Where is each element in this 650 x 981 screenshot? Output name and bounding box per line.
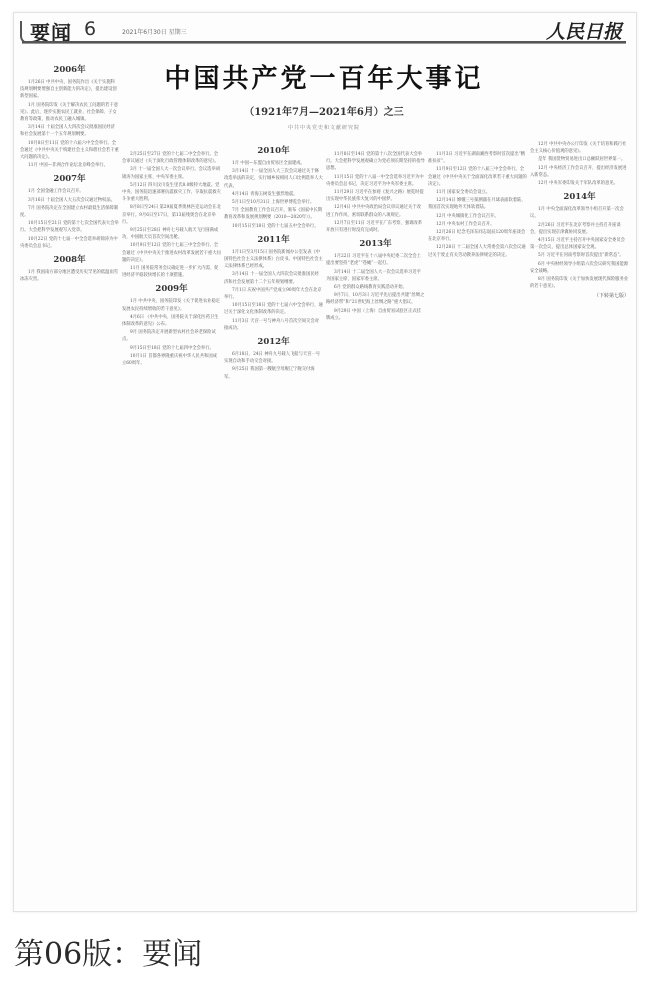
year-heading: 2008年 <box>20 255 119 265</box>
continued-note: （下转第七版） <box>530 293 629 300</box>
event-paragraph: 9月25日 我国第一艘航空母舰辽宁舰交付海军。 <box>224 366 323 380</box>
article-byline: 中共中央党史和文献研究院 <box>144 124 504 131</box>
event-paragraph: 12月 中央农村工作会议召开。 <box>428 221 527 228</box>
year-heading: 2012年 <box>224 337 323 347</box>
issue-date: 2021年6月30日 星期三 <box>122 27 187 36</box>
event-paragraph: 2月26日 习近平在北京考察并主持召开座谈会，提出实现京津冀协同发展。 <box>530 222 629 236</box>
year-heading: 2006年 <box>20 65 119 75</box>
text-column-4: 11月8日至14日 党的第十八次全国代表大会举行。大会把科学发展观确立为党必须长… <box>326 151 425 323</box>
event-paragraph: 4月14日 青海玉树发生强烈地震。 <box>224 191 323 198</box>
newspaper-page: 要闻 6 2021年6月30日 星期三 人民日报 中国共产党一百年大事记 （19… <box>13 12 637 912</box>
event-paragraph: 6月 中央财经领导小组第六次会议研究我国能源安全战略。 <box>530 261 629 275</box>
page-number: 6 <box>84 18 96 40</box>
event-paragraph: 4月15日 习近平主持召开中央国家安全委员会第一次会议，提出总体国家安全观。 <box>530 237 629 251</box>
year-heading: 2010年 <box>224 146 323 156</box>
event-paragraph: 5月 习近平在河南考察时首次提出“新常态”。 <box>530 252 629 259</box>
event-paragraph: 11月9日至12日 党的十八届三中全会举行。全会通过《中共中央关于全面深化改革若… <box>428 166 527 188</box>
event-paragraph: 10月9日至12日 党的十七届三中全会举行。全会通过《中共中央关于推进农村改革发… <box>122 242 221 264</box>
year-heading: 2014年 <box>530 192 629 202</box>
event-paragraph: 12月 中央城镇化工作会议召开。 <box>428 213 527 220</box>
event-paragraph: 7月1日 庆祝中国共产党成立90周年大会在北京举行。 <box>224 287 323 301</box>
event-paragraph: 2月25日至27日 党的十七届二中全会举行。全会审议通过《关于深化行政管理体制改… <box>122 151 221 165</box>
event-paragraph: 12月28日 十二届全国人大常委会第六次会议通过关于废止有关劳动教养法律规定的决… <box>428 244 527 258</box>
event-paragraph: 10月15日至18日 党的十七届五中全会举行。 <box>224 223 323 230</box>
event-paragraph: 12月 中央军委印发关于军队改革的意见。 <box>530 180 629 187</box>
event-paragraph: 11月3日 天宫一号与神舟八号首次空间交会对接成功。 <box>224 318 323 332</box>
event-paragraph: 9月29日 中国（上海）自由贸易试验区正式挂牌成立。 <box>326 308 425 322</box>
event-paragraph: 6月18日、24日 神舟九号载人飞船与天宫一号实现自动和手动交会对接。 <box>224 351 323 365</box>
event-paragraph: 9月 国务院决定开展新型农村社会养老保险试点。 <box>122 329 221 343</box>
event-paragraph: 1月 我国南方部分地区遭受历史罕见的低温雨雪冰冻灾害。 <box>20 269 119 283</box>
text-column-6: 12月 中共中央办公厅印发《关于培育和践行社会主义核心价值观的意见》。是年 我国… <box>530 141 629 301</box>
article-title: 中国共产党一百年大事记 <box>144 63 504 95</box>
year-heading: 2013年 <box>326 239 425 249</box>
event-paragraph: 10月15日至21日 党的第十七次全国代表大会举行。大会把科学发展观写入党章。 <box>20 220 119 234</box>
event-paragraph: 10月22日 党的十七届一中全会选举胡锦涛为中央委员会总书记。 <box>20 236 119 250</box>
event-paragraph: 11月15日 党的十八届一中全会选举习近平为中央委员会总书记，决定习近平为中央军… <box>326 174 425 188</box>
text-column-5: 11月3日 习近平在湖南湘西考察时首次提出“精准扶贫”。11月9日至12日 党的… <box>428 151 527 260</box>
article-title-block: 中国共产党一百年大事记 （1921年7月—2021年6月）之三 中共中央党史和文… <box>144 63 504 131</box>
header-divider <box>22 41 626 44</box>
text-column-3: 2010年1月 中国—东盟自由贸易区全面建成。3月14日 十一届全国人大三次会议… <box>224 141 323 382</box>
event-paragraph: 3月14日 十届全国人大四次会议批准国民经济和社会发展第十一个五年规划纲要。 <box>20 124 119 138</box>
text-column-2: 2月25日至27日 党的十七届二中全会举行。全会审议通过《关于深化行政管理体制改… <box>122 151 221 368</box>
event-paragraph: 3月14日 十一届全国人大四次会议批准国民经济和社会发展第十二个五年规划纲要。 <box>224 271 323 285</box>
event-paragraph: 11月3日 习近平在湖南湘西考察时首次提出“精准扶贫”。 <box>428 151 527 165</box>
masthead-logo: 人民日报 <box>546 17 622 44</box>
event-paragraph: 12月 中共中央办公厅印发《关于培育和践行社会主义核心价值观的意见》。 <box>530 141 629 155</box>
event-paragraph: 12月14日 嫦娥三号探测器在月球表面软着陆，我国首次实现地外天体软着陆。 <box>428 197 527 211</box>
event-paragraph: 3月14日 十一届全国人大三次会议通过关于修改选举法的决定，实行城乡按相同人口比… <box>224 168 323 190</box>
event-paragraph: 3月 十一届全国人大一次会议举行。会议选举胡锦涛为国家主席、中央军委主席。 <box>122 166 221 180</box>
event-paragraph: 10月8日至11日 党的十六届六中全会举行。全会通过《中共中央关于构建社会主义和… <box>20 140 119 162</box>
event-paragraph: 4月6日 《中共中央、国务院关于深化医药卫生体制改革的意见》公布。 <box>122 314 221 328</box>
year-heading: 2007年 <box>20 174 119 184</box>
year-heading: 2011年 <box>224 235 323 245</box>
event-paragraph: 1月1日至3月15日 国务院新闻办公室发表《中国特色社会主义法律体系》白皮书。中… <box>224 249 323 271</box>
event-paragraph: 9月7日、10月3日 习近平先后提出共建“丝绸之路经济带”和“21世纪海上丝绸之… <box>326 292 425 306</box>
event-paragraph: 12月26日 纪念毛泽东同志诞辰120周年座谈会在北京举行。 <box>428 229 527 243</box>
event-paragraph: 11月 国务院常务会议确定进一步扩大内需、促进经济平稳较快增长的十项措施。 <box>122 265 221 279</box>
event-paragraph: 7月 全国教育工作会议召开，颁布《国家中长期教育改革和发展规划纲要（2010—2… <box>224 207 323 221</box>
event-paragraph: 8月 国务院印发《关于加快发展现代保险服务业的若干意见》。 <box>530 276 629 290</box>
event-paragraph: 12月 中央经济工作会议召开，提出经济发展进入新常态。 <box>530 165 629 179</box>
year-heading: 2009年 <box>122 284 221 294</box>
event-paragraph: 11月8日至14日 党的第十八次全国代表大会举行。大会把科学发展观确立为党必须长… <box>326 151 425 173</box>
event-paragraph: 11月 国家安全委员会设立。 <box>428 189 527 196</box>
event-paragraph: 9月25日至28日 神舟七号载人航天飞行圆满成功，中国航天员首次空间出舱。 <box>122 227 221 241</box>
page-caption: 第06版：要闻 <box>14 929 202 973</box>
event-paragraph: 1月 中国—东盟自由贸易区全面建成。 <box>224 160 323 167</box>
event-paragraph: 1月 全国金融工作会议召开。 <box>20 188 119 195</box>
event-paragraph: 是年 我国货物贸易进出口总额跃居世界第一。 <box>530 156 629 163</box>
event-paragraph: 7月 国务院决定在全国建立农村最低生活保障制度。 <box>20 205 119 219</box>
event-paragraph: 1月 中共中央、国务院印发《关于促进农业稳定发展农民持续增收的若干意见》。 <box>122 298 221 312</box>
event-paragraph: 6月 党的群众路线教育实践活动开始。 <box>326 284 425 291</box>
event-paragraph: 1月 国务院印发《关于解决农民工问题的若干意见》。此后，逐步实施农民工就业、社会… <box>20 102 119 124</box>
event-paragraph: 8月8日至24日 第29届夏季奥林匹克运动会在北京举行。9月6日至17日，第13… <box>122 204 221 226</box>
text-column-1: 2006年1月26日 中共中央、国务院作出《关于实施科技规划纲要增强自主创新能力… <box>20 60 119 284</box>
event-paragraph: 1月 中央全面深化改革领导小组召开第一次会议。 <box>530 206 629 220</box>
event-paragraph: 12月7日至11日 习近平在广东考察，强调改革开放只有进行时没有完成时。 <box>326 220 425 234</box>
event-paragraph: 12月4日 中共中央政治局会议审议通过关于改进工作作风、密切联系群众的八项规定。 <box>326 204 425 218</box>
event-paragraph: 11月 中国—非洲合作论坛北京峰会举行。 <box>20 162 119 169</box>
event-paragraph: 5月12日 四川汶川发生里氏8.0级特大地震。党中央、国务院迅速部署抗震救灾工作… <box>122 182 221 204</box>
event-paragraph: 3月14日 十二届全国人大一次会议选举习近平为国家主席、国家军委主席。 <box>326 269 425 283</box>
event-paragraph: 9月15日至18日 党的十七届四中全会举行。 <box>122 345 221 352</box>
event-paragraph: 10月1日 首都各界隆重庆祝中华人民共和国成立60周年。 <box>122 353 221 367</box>
article-subtitle: （1921年7月—2021年6月）之三 <box>144 103 504 118</box>
event-paragraph: 5月1日至10月31日 上海世界博览会举行。 <box>224 199 323 206</box>
event-paragraph: 10月15日至18日 党的十七届六中全会举行，通过关于深化文化体制改革的决定。 <box>224 302 323 316</box>
event-paragraph: 11月29日 习近平在参观《复兴之路》展览时提出实现中华民族伟大复兴的中国梦。 <box>326 189 425 203</box>
event-paragraph: 1月22日 习近平在十八届中央纪委二次全会上提出要坚持“老虎”“苍蝇”一起打。 <box>326 253 425 267</box>
page-header: 要闻 6 2021年6月30日 星期三 人民日报 <box>14 13 636 45</box>
event-paragraph: 1月26日 中共中央、国务院作出《关于实施科技规划纲要增强自主创新能力的决定》，… <box>20 79 119 101</box>
event-paragraph: 3月16日 十届全国人大五次会议通过物权法。 <box>20 197 119 204</box>
